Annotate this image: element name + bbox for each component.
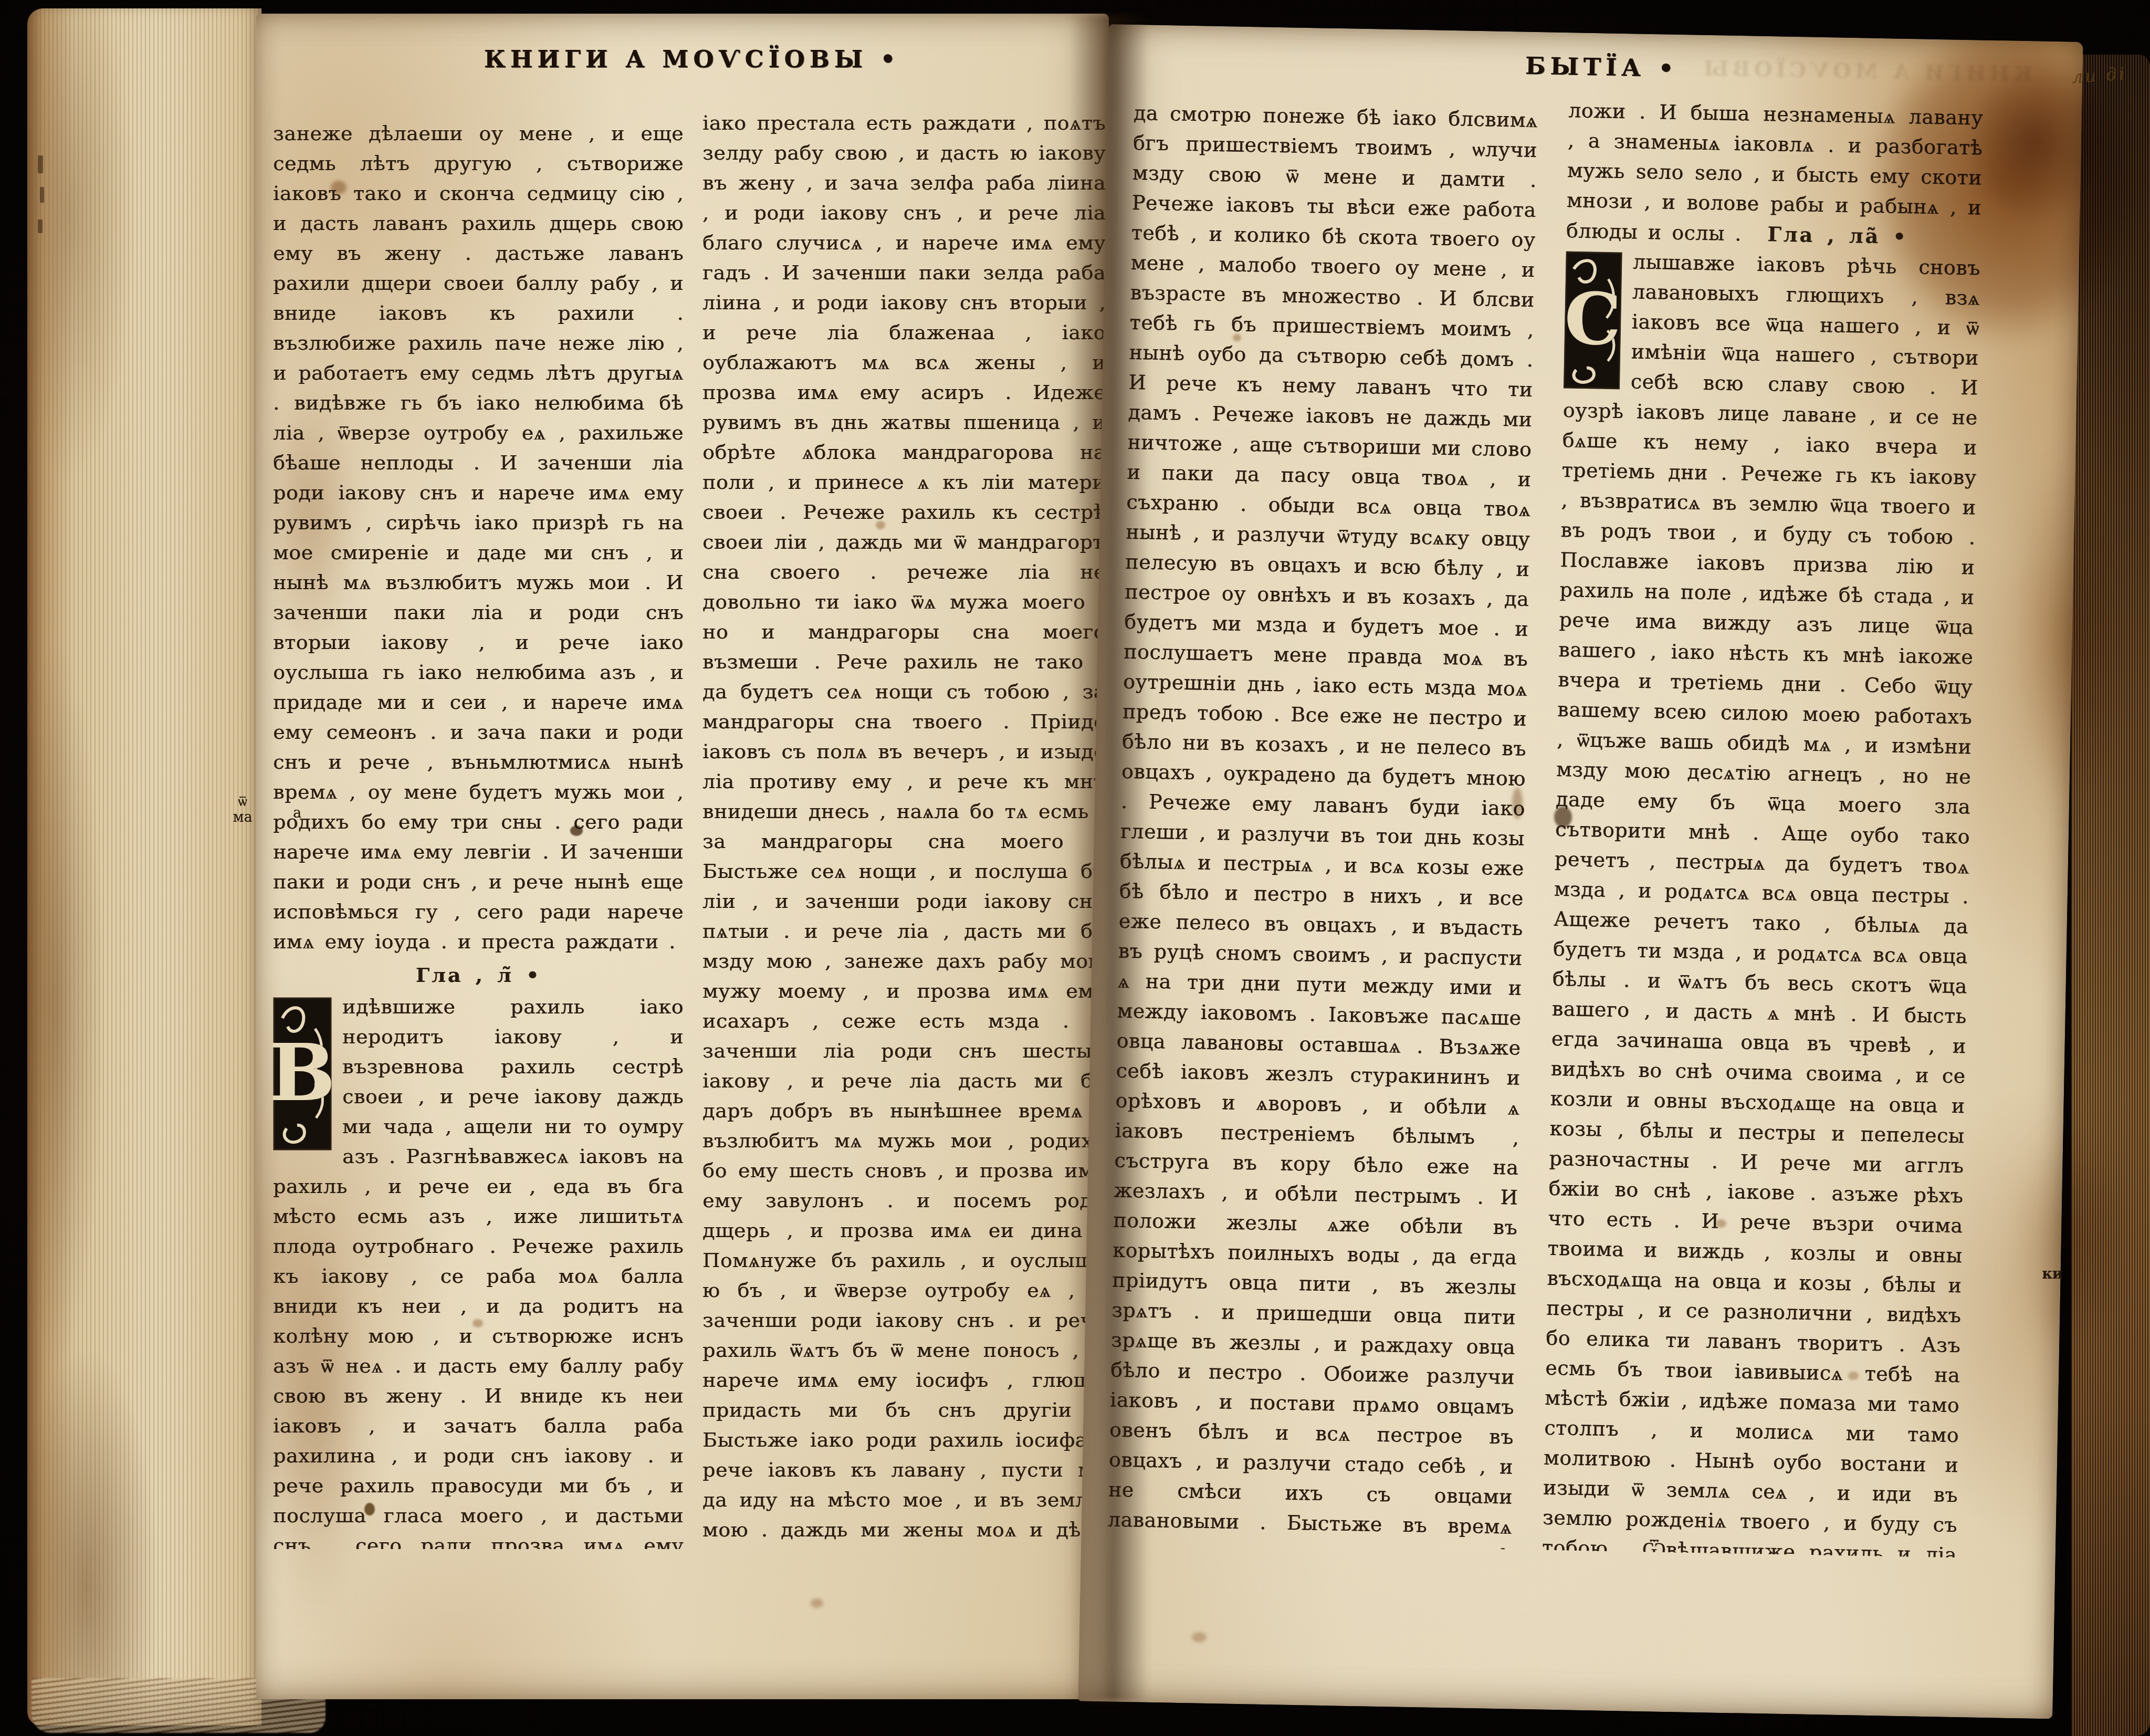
photo-open-bible: КНИГИ А МОѴСЇОВЫ • занеже дѣлаеши оу мен… [0,0,2150,1736]
chapter-31-opening: С лышавже іаковъ рѣчь сновъ лавановыхъ г… [1542,246,1980,1557]
left-column-2: іако престала есть раждати , поѧтъ зелду… [702,108,1106,1549]
chapter-heading-30: Гла , л̃ • [273,957,684,992]
body-text: занеже дѣлаеши оу мене , и еще седмь лѣт… [273,122,684,953]
right-column-2: ложи . И быша незнаменыѧ лавану , а знам… [1542,96,1984,1557]
gloss-bottom: ма [218,810,267,825]
woodcut-initial-V: В [273,997,332,1151]
woodcut-initial-S: С [1563,251,1622,390]
left-page: КНИГИ А МОѴСЇОВЫ • занеже дѣлаеши оу мен… [256,14,1109,1699]
book-gutter-shadow [1069,15,1149,1701]
left-running-title: КНИГИ А МОѴСЇОВЫ • [429,45,955,73]
chapter-heading-31: Гла , ла̃ • [1752,222,1908,248]
left-margin-gloss: ѿ ма [218,794,267,825]
body-text: лышавже іаковъ рѣчь сновъ лавановыхъ глю… [1542,250,1980,1557]
left-fore-edge-page-stack [27,8,261,1725]
right-page: БЫТЇА • КНИГИ А МОѴСЇОВЫ да смотрю понеж… [1078,24,2083,1719]
right-fore-edge-page-stack [2071,55,2150,1736]
fore-edge-ink-mark [40,187,44,203]
fore-edge-ink-mark [38,155,43,173]
fore-edge-ink-mark [38,219,43,233]
initial-letter: В [273,1027,332,1119]
right-column-1: да смотрю понеже бѣ іако блсвимѧ бгъ при… [1107,98,1538,1550]
gloss-top: ѿ [218,794,267,810]
verse-letter-mark: а [287,806,308,821]
body-text: идѣвшиже рахиль іако неродитъ іакову , и… [273,995,684,1549]
chapter-30-opening: В идѣвшиже рахиль іако неродитъ іакову ,… [273,992,684,1549]
left-column-1: занеже дѣлаеши оу мене , и еще седмь лѣт… [273,119,684,1549]
right-margin-gloss: ки [2034,1267,2071,1282]
initial-letter: С [1564,277,1622,362]
